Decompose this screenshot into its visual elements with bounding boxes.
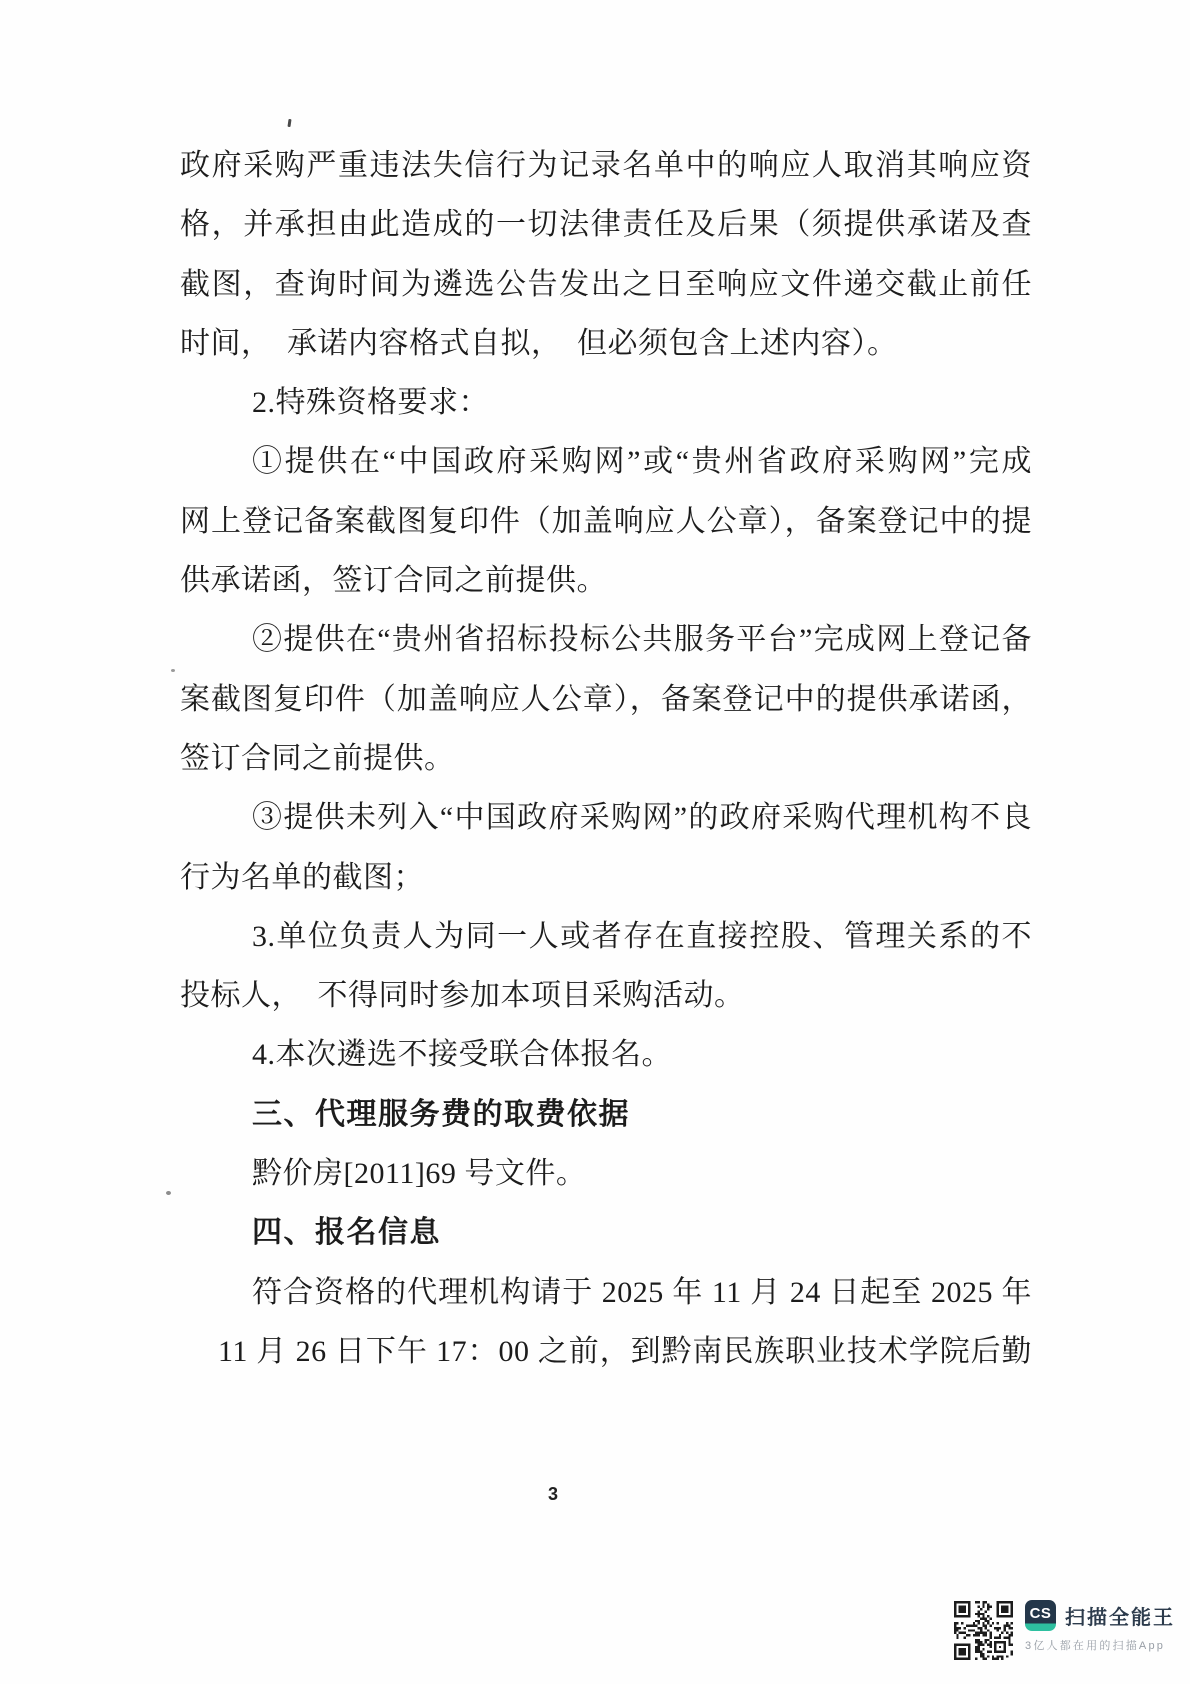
doc-line-circled-2: ②提供在“贵州省招标投标公共服务平台”完成网上登记备 — [180, 610, 1032, 669]
qr-code-icon — [954, 1600, 1013, 1661]
doc-line: 11 月 26 日下午 17：00 之前，到黔南民族职业技术学院后勤 — [180, 1322, 1032, 1381]
doc-line: 政府采购严重违法失信行为记录名单中的响应人取消其响应资 — [180, 136, 1032, 195]
doc-line-item-3: 3.单位负责人为同一人或者存在直接控股、管理关系的不同 — [180, 907, 1032, 966]
doc-line: 签订合同之前提供。 — [180, 729, 1032, 788]
section-heading-3: 三、代理服务费的取费依据 — [180, 1085, 1032, 1144]
doc-line-item-2: 2.特殊资格要求： — [180, 373, 1032, 432]
camscanner-watermark: CS 扫描全能王 3亿人都在用的扫描App — [954, 1600, 1175, 1661]
doc-line: 黔价房[2011]69 号文件。 — [180, 1144, 1032, 1203]
doc-line: 案截图复印件（加盖响应人公章），备案登记中的提供承诺函， — [180, 670, 1032, 729]
doc-line-circled-3: ③提供未列入“中国政府采购网”的政府采购代理机构不良 — [180, 788, 1032, 847]
doc-line: 网上登记备案截图复印件（加盖响应人公章），备案登记中的提 — [180, 492, 1032, 551]
doc-line: 截图，查询时间为遴选公告发出之日至响应文件递交截止前任意 — [180, 255, 1032, 314]
camscanner-tagline: 3亿人都在用的扫描App — [1025, 1637, 1175, 1653]
scan-speck — [166, 1191, 171, 1195]
scan-speck — [171, 669, 175, 672]
document-body: 政府采购严重违法失信行为记录名单中的响应人取消其响应资 格，并承担由此造成的一切… — [180, 136, 1032, 1381]
doc-line: 时间， 承诺内容格式自拟， 但必须包含上述内容）。 — [180, 314, 1032, 373]
doc-line: 符合资格的代理机构请于 2025 年 11 月 24 日起至 2025 年 — [180, 1263, 1032, 1322]
doc-line: 行为名单的截图； — [180, 848, 1032, 907]
doc-line: 投标人， 不得同时参加本项目采购活动。 — [180, 966, 1032, 1025]
section-heading-4: 四、报名信息 — [180, 1203, 1032, 1262]
scan-speck — [287, 119, 291, 127]
camscanner-logo-icon: CS — [1025, 1600, 1056, 1631]
doc-line-circled-1: ①提供在“中国政府采购网”或“贵州省政府采购网”完成 — [180, 432, 1032, 491]
page-number: 3 — [548, 1484, 558, 1505]
doc-line: 供承诺函，签订合同之前提供。 — [180, 551, 1032, 610]
camscanner-app-name: 扫描全能王 — [1065, 1601, 1175, 1630]
doc-line-item-4: 4.本次遴选不接受联合体报名。 — [180, 1025, 1032, 1084]
scanned-page: 政府采购严重违法失信行为记录名单中的响应人取消其响应资 格，并承担由此造成的一切… — [0, 0, 1190, 1684]
doc-line: 格，并承担由此造成的一切法律责任及后果（须提供承诺及查询 — [180, 195, 1032, 254]
